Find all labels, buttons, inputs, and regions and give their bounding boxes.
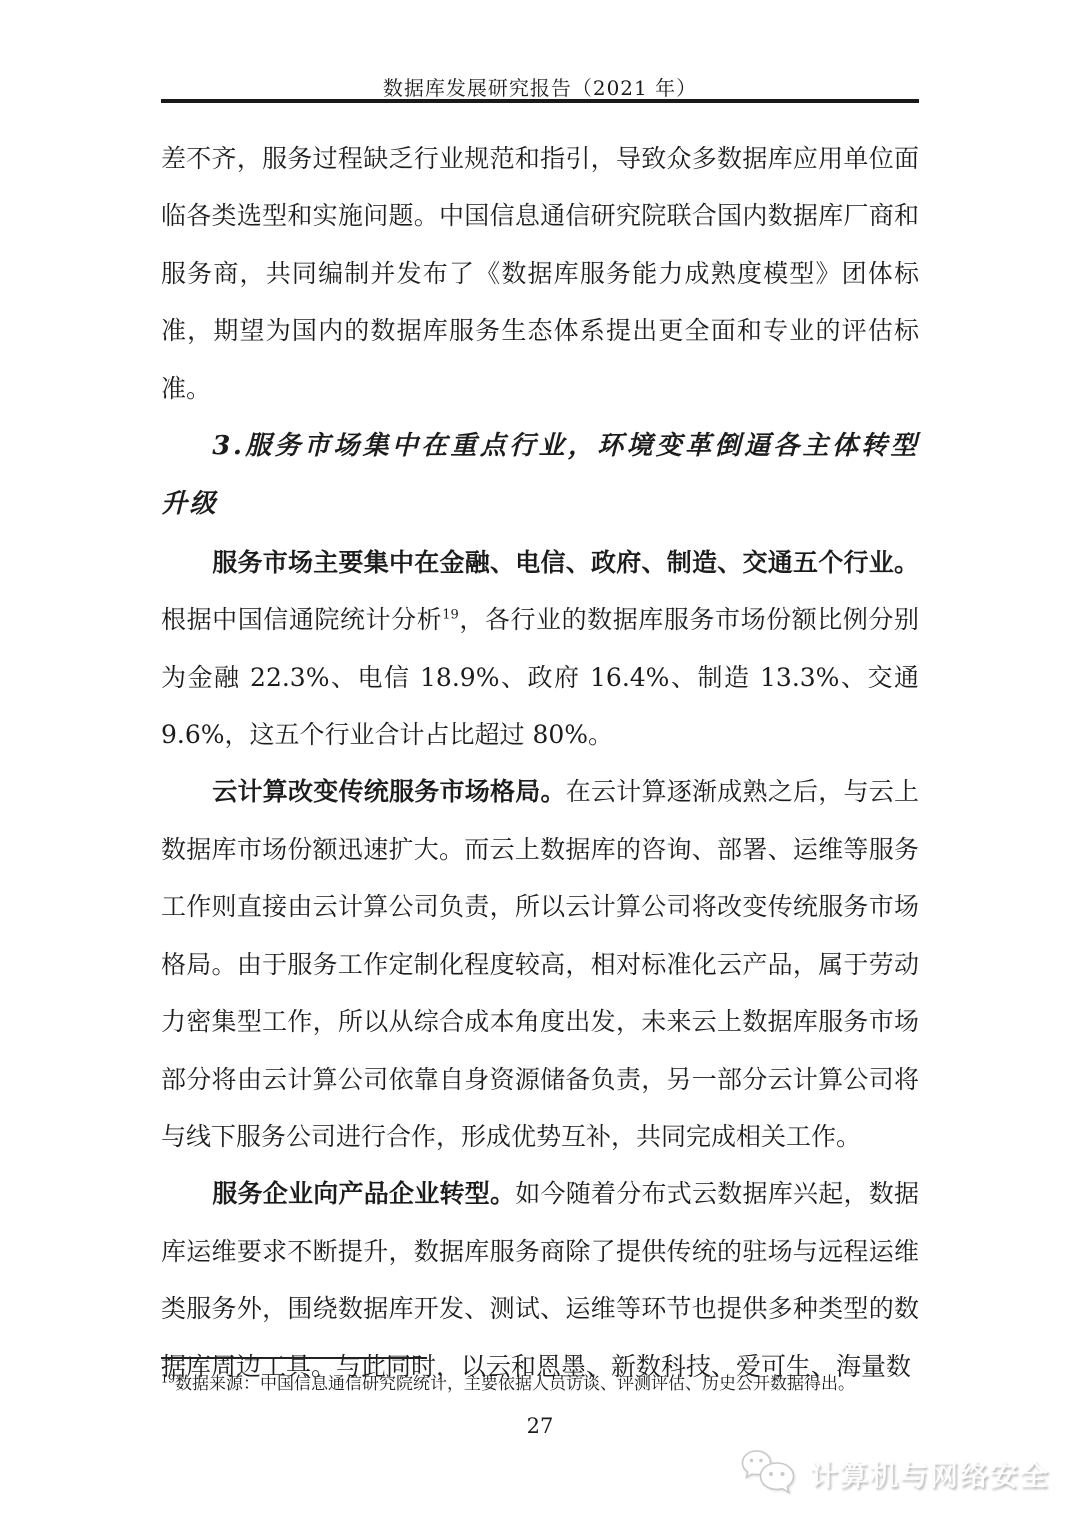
document-body: 差不齐，服务过程缺乏行业规范和指引，导致众多数据库应用单位面临各类选型和实施问题…: [161, 130, 919, 1395]
footnote-separator: [161, 1357, 427, 1359]
text-segment: 在云计算逐渐成熟之后，与云上数据库市场份额迅速扩大。而云上数据库的咨询、部署、运…: [161, 777, 919, 1150]
watermark-text: 计算机与网络安全: [810, 1454, 1050, 1494]
page-number: 27: [0, 1414, 1080, 1438]
para-continuation: 差不齐，服务过程缺乏行业规范和指引，导致众多数据库应用单位面临各类选型和实施问题…: [161, 130, 919, 417]
footnote-reference: 19: [442, 608, 459, 623]
text-segment: 差不齐，服务过程缺乏行业规范和指引，导致众多数据库应用单位面临各类选型和实施问题…: [161, 144, 919, 403]
section-heading-3: 3.服务市场集中在重点行业，环境变革倒逼各主体转型升级: [161, 417, 919, 534]
text-segment: 云计算改变传统服务市场格局。: [212, 777, 566, 806]
text-segment: 根据中国信通院统计分析: [161, 605, 442, 634]
header-rule: [161, 99, 919, 103]
watermark: 计算机与网络安全: [740, 1448, 1050, 1500]
document-page: 数据库发展研究报告（2021 年） 差不齐，服务过程缺乏行业规范和指引，导致众多…: [0, 0, 1080, 1527]
para-service-market: 服务市场主要集中在金融、电信、政府、制造、交通五个行业。根据中国信通院统计分析1…: [161, 534, 919, 764]
text-segment: 服务企业向产品企业转型。: [212, 1179, 515, 1208]
footnote-marker: 19: [161, 1372, 175, 1385]
wechat-icon: [740, 1448, 798, 1500]
para-enterprise-transform: 服务企业向产品企业转型。如今随着分布式云数据库兴起，数据库运维要求不断提升，数据…: [161, 1165, 919, 1395]
footnote: 19数据来源：中国信息通信研究院统计，主要依据人员访谈、评测评估、历史公开数据得…: [161, 1372, 961, 1396]
page-header-title: 数据库发展研究报告（2021 年）: [0, 72, 1080, 101]
footnote-text: 数据来源：中国信息通信研究院统计，主要依据人员访谈、评测评估、历史公开数据得出。: [175, 1374, 855, 1394]
text-segment: 3.服务市场集中在重点行业，环境变革倒逼各主体转型升级: [161, 431, 919, 519]
text-segment: 如今随着分布式云数据库兴起，数据库运维要求不断提升，数据库服务商除了提供传统的驻…: [161, 1179, 919, 1380]
text-segment: 服务市场主要集中在金融、电信、政府、制造、交通五个行业。: [212, 548, 919, 577]
para-cloud-computing: 云计算改变传统服务市场格局。在云计算逐渐成熟之后，与云上数据库市场份额迅速扩大。…: [161, 763, 919, 1165]
